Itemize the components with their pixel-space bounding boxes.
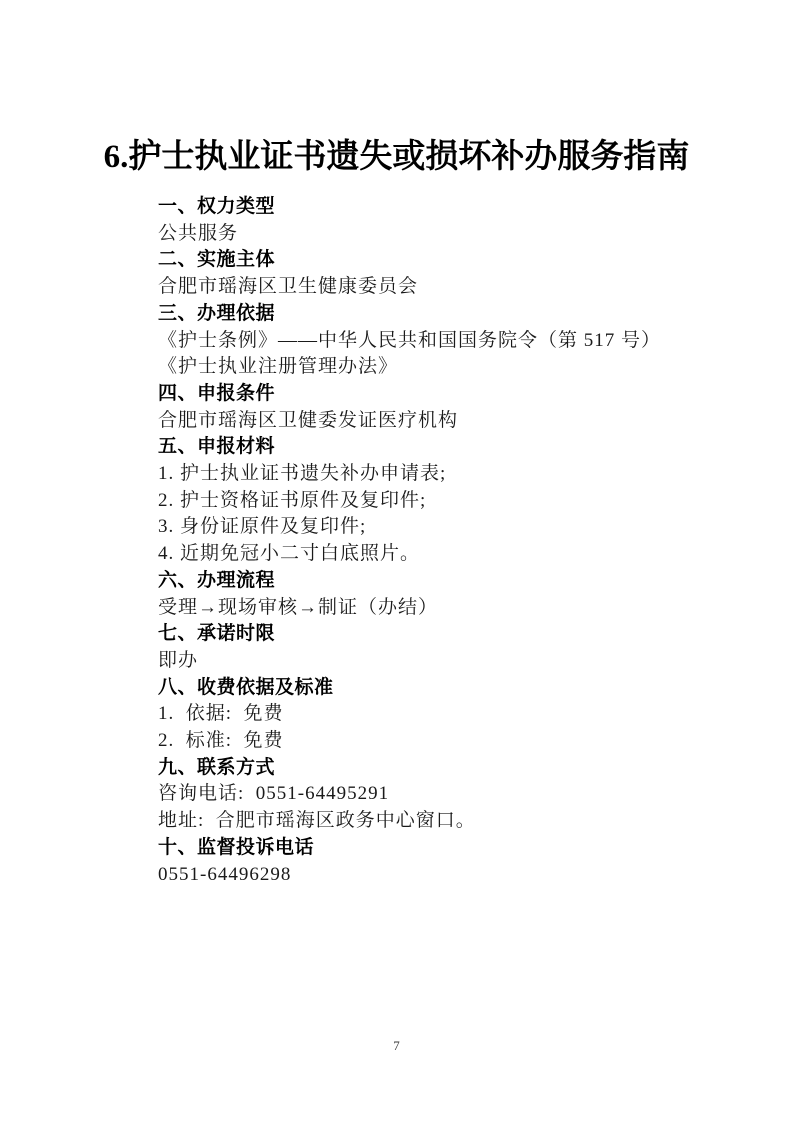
section-line: 2. 护士资格证书原件及复印件; [158,488,713,515]
section-heading: 三、办理依据 [158,301,713,328]
section-heading: 八、收费依据及标准 [158,675,713,702]
section-promised-time-limit: 七、承诺时限 即办 [158,621,713,674]
section-complaint-hotline: 十、监督投诉电话 0551-64496298 [158,835,713,888]
section-power-type: 一、权力类型 公共服务 [158,194,713,247]
section-heading: 五、申报材料 [158,434,713,461]
section-line: 合肥市瑶海区卫生健康委员会 [158,274,713,301]
document-page: 6.护士执业证书遗失或损坏补办服务指南 一、权力类型 公共服务 二、实施主体 合… [0,0,793,1122]
section-line: 4. 近期免冠小二寸白底照片。 [158,541,713,568]
section-application-materials: 五、申报材料 1. 护士执业证书遗失补办申请表; 2. 护士资格证书原件及复印件… [158,434,713,568]
document-body: 一、权力类型 公共服务 二、实施主体 合肥市瑶海区卫生健康委员会 三、办理依据 … [158,194,713,888]
page-title: 6.护士执业证书遗失或损坏补办服务指南 [0,0,793,178]
section-contact-info: 九、联系方式 咨询电话: 0551-64495291 地址: 合肥市瑶海区政务中… [158,755,713,835]
section-line: 地址: 合肥市瑶海区政务中心窗口。 [158,808,713,835]
section-heading: 十、监督投诉电话 [158,835,713,862]
section-heading: 二、实施主体 [158,247,713,274]
section-heading: 四、申报条件 [158,381,713,408]
section-line: 公共服务 [158,221,713,248]
section-line: 2. 标准: 免费 [158,728,713,755]
page-number: 7 [0,1038,793,1054]
section-legal-basis: 三、办理依据 《护士条例》——中华人民共和国国务院令（第 517 号） 《护士执… [158,301,713,381]
section-line: 0551-64496298 [158,862,713,889]
section-line: 咨询电话: 0551-64495291 [158,781,713,808]
section-implementing-body: 二、实施主体 合肥市瑶海区卫生健康委员会 [158,247,713,300]
section-line: 《护士执业注册管理办法》 [158,354,713,381]
section-line: 1. 护士执业证书遗失补办申请表; [158,461,713,488]
section-heading: 六、办理流程 [158,568,713,595]
section-line: 1. 依据: 免费 [158,701,713,728]
section-heading: 七、承诺时限 [158,621,713,648]
section-line: 即办 [158,648,713,675]
section-heading: 九、联系方式 [158,755,713,782]
section-heading: 一、权力类型 [158,194,713,221]
section-line: 3. 身份证原件及复印件; [158,514,713,541]
section-process-flow: 六、办理流程 受理→现场审核→制证（办结） [158,568,713,621]
section-line: 受理→现场审核→制证（办结） [158,595,713,622]
section-line: 《护士条例》——中华人民共和国国务院令（第 517 号） [158,328,713,355]
section-application-conditions: 四、申报条件 合肥市瑶海区卫健委发证医疗机构 [158,381,713,434]
section-line: 合肥市瑶海区卫健委发证医疗机构 [158,408,713,435]
section-fees: 八、收费依据及标准 1. 依据: 免费 2. 标准: 免费 [158,675,713,755]
